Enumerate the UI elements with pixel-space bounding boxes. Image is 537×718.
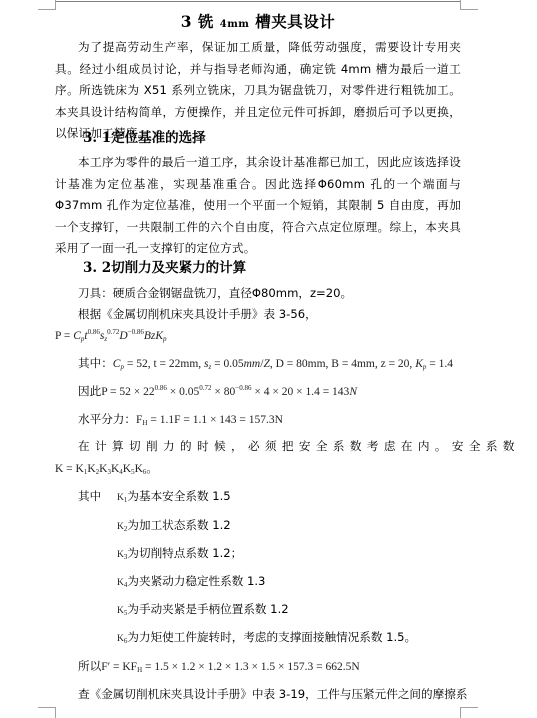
tool-line: 刀具：硬质合金钢锯盘铣刀，直径Φ80mm，z=20。 (78, 285, 352, 301)
crop-mark-bottom-left-h (38, 707, 56, 708)
crop-mark-bottom-left-v (55, 707, 56, 718)
crop-mark-bottom-right-h (460, 707, 478, 708)
last-line: 查《金属切削机床夹具设计手册》中表 3-19，工件与压紧元件之间的摩擦系 (78, 686, 467, 702)
section-heading-3-1: 3. 1定位基准的选择 (83, 126, 206, 146)
where-values: Cp = 52, t = 22mm, sz = 0.05mm/Z, D = 80… (113, 358, 453, 370)
so-label: 所以 (78, 659, 101, 673)
where-label: 其中： (78, 356, 113, 370)
horizontal-formula: FH = 1.1F = 1.1 × 143 = 157.3N (136, 414, 283, 426)
coefficient-k2: K2为加工状态系数 1.2 (117, 517, 231, 533)
coeff-label: 其中 (78, 488, 101, 504)
so-line: 所以F′ = KFH = 1.5 × 1.2 × 1.2 × 1.3 × 1.5… (78, 658, 360, 674)
formula-p: P = Cpt0.86sz0.72D−0.86BzKp (55, 328, 167, 343)
crop-mark-bottom-right-v (460, 707, 461, 718)
horizontal-force-line: 水平分力：FH = 1.1F = 1.1 × 143 = 157.3N (78, 411, 283, 427)
so-formula: F′ = KFH = 1.5 × 1.2 × 1.2 × 1.3 × 1.5 ×… (101, 661, 360, 673)
where-line: 其中：Cp = 52, t = 22mm, sz = 0.05mm/Z, D =… (78, 355, 453, 371)
chapter-title: 3 铣 4mm 槽夹具设计 (55, 10, 461, 32)
coefficient-k1: K1为基本安全系数 1.5 (117, 488, 231, 504)
horizontal-label: 水平分力： (78, 412, 136, 426)
safety-formula: K = K1K2K3K4K5K6。 (55, 460, 158, 476)
therefore-formula: P = 52 × 220.86 × 0.050.72 × 80−0.86 × 4… (101, 386, 357, 398)
page-top-border (56, 1, 460, 2)
coefficient-k3: K3为切削特点系数 1.2； (117, 545, 242, 561)
reference-line: 根据《金属切削机床夹具设计手册》表 3-56， (78, 306, 317, 322)
crop-mark-top-left-h (38, 9, 56, 10)
title-mm: 4mm (220, 19, 250, 30)
section-3-1-body: 本工序为零件的最后一道工序，其余设计基准都已加工，因此应该选择设计基准为定位基准… (55, 152, 461, 260)
crop-mark-top-right-h (460, 9, 478, 10)
safety-text: 在计算切削力的时候，必须把安全系数考虑在内。安全系数 (78, 438, 520, 454)
section-heading-3-2: 3. 2切削力及夹紧力的计算 (83, 256, 246, 276)
therefore-line: 因此P = 52 × 220.86 × 0.050.72 × 80−0.86 ×… (78, 383, 357, 399)
therefore-label: 因此 (78, 384, 101, 398)
title-suffix: 槽夹具设计 (249, 12, 335, 31)
coefficient-k5: K5为手动夹紧是手柄位置系数 1.2 (117, 601, 289, 617)
coefficient-k6: K6为力矩使工件旋转时，考虑的支撑面接触情况系数 1.5。 (117, 629, 416, 645)
coefficient-k4: K4为夹紧动力稳定性系数 1.3 (117, 573, 265, 589)
title-prefix: 3 铣 (181, 12, 220, 31)
